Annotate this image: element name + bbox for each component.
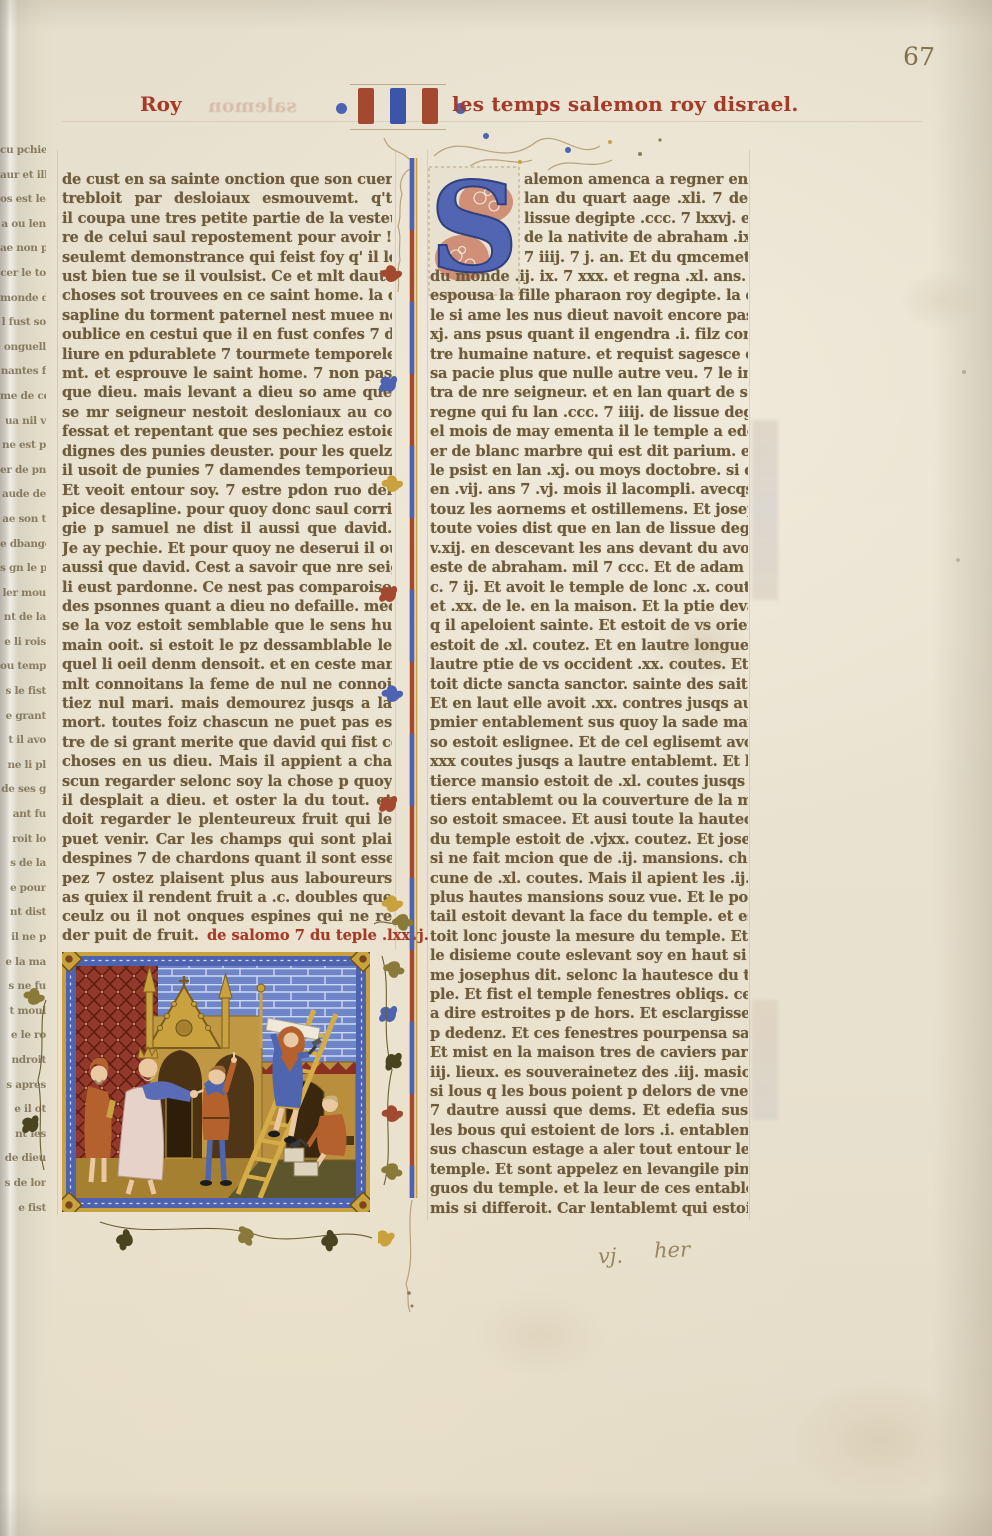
- numeral-bar: [422, 88, 438, 124]
- right-text-column: du monde .ij. ix. 7 xxx. et regna .xl. a…: [430, 267, 748, 1218]
- manuscript-text-line: me josephus dit. selonc la hautesce du t…: [430, 966, 748, 985]
- manuscript-text-line: 7 iiij. 7 j. an. Et du qmcemet: [524, 248, 748, 267]
- gutter-text-fragment: aude de: [0, 482, 46, 507]
- manuscript-text-line: tiez nul mari. mais demourez jusqs a la: [62, 694, 392, 713]
- manuscript-text-line: aussi que david. Cest a savoir que nre s…: [62, 558, 392, 577]
- rubric-chapter-title: les temps salemon roy disrael.: [452, 92, 799, 116]
- gutter-text-fragment: e la ma: [0, 950, 46, 975]
- manuscript-text-line: tre humaine nature. et requist sagesce e…: [430, 345, 748, 364]
- gutter-text-fragment: a ou len: [0, 212, 46, 237]
- manuscript-text-line: guos du temple. et la leur de ces entabl…: [430, 1179, 748, 1198]
- manuscript-text-line: Et veoit entour soy. 7 estre pdon ruo de…: [62, 481, 392, 500]
- manuscript-text-line: despines 7 de chardons quant il sont ess…: [62, 849, 392, 868]
- gutter-text-fragment: e le ro: [0, 1023, 46, 1048]
- manuscript-text-line: cune de .xl. coutes. Mais il apient les …: [430, 869, 748, 888]
- manuscript-text-line: Et en laut elle avoit .xx. contres jusqs…: [430, 694, 748, 713]
- gutter-text-fragment: ler mou: [0, 581, 46, 606]
- manuscript-text-line: 7 dautre aussi que dems. Et edefia sus: [430, 1101, 748, 1120]
- ruling-line-left: [57, 150, 58, 1215]
- manuscript-text-line: a dire estroites p de hors. Et esclargis…: [430, 1004, 748, 1023]
- penwork-dot: [336, 103, 347, 114]
- manuscript-text-line: xxx coutes jusqs a lautre entablemt. Et …: [430, 752, 748, 771]
- manuscript-text-line: si lous q les bous poient p delors de vn…: [430, 1082, 748, 1101]
- manuscript-text-line: les bous qui estoient de lors .i. entabl…: [430, 1121, 748, 1140]
- manuscript-text-line: de cust en sa sainte onction que son cue…: [62, 170, 392, 189]
- gutter-text-fragment: ne li pl: [0, 753, 46, 778]
- manuscript-text-line: as quiex il rendent fruit a .c. doubles …: [62, 888, 392, 907]
- manuscript-text-line: dignes des punies deuster. pour les quel…: [62, 442, 392, 461]
- miniature-solomon-temple: [62, 952, 370, 1212]
- manuscript-text-line: re de celui saul repostement pour avoir …: [62, 228, 392, 247]
- manuscript-text-line: regne qui fu lan .ccc. 7 iiij. de lissue…: [430, 403, 748, 422]
- manuscript-text-line: tierce mansio estoit de .xl. coutes jusq…: [430, 772, 748, 791]
- gutter-text-fragment: aur et ill: [0, 163, 46, 188]
- left-column-last-line: der puit de fruit. de salomo 7 du teple …: [62, 926, 406, 945]
- gutter-text-fragment: e grant: [0, 704, 46, 729]
- gutter-text-fragment: roit lo: [0, 827, 46, 852]
- manuscript-text-line: gie p samuel ne dist il aussi que david.: [62, 519, 392, 538]
- manuscript-text-line: scun regarder selonc soy la chose p quoy: [62, 772, 392, 791]
- manuscript-text-line: oublice en cestui que il en fust confes …: [62, 325, 392, 344]
- miniature-scene: [76, 966, 360, 1198]
- manuscript-text-line: du temple estoit de .vjxx. coutez. Et jo…: [430, 830, 748, 849]
- left-text-column: de cust en sa sainte onction que son cue…: [62, 170, 392, 927]
- manuscript-text-line: li eust pardonne. Ce nest pas comparoiso…: [62, 578, 392, 597]
- gutter-text-fragment: onguell: [0, 335, 46, 360]
- manuscript-text-line: pmier entablement sus quoy la sade may: [430, 713, 748, 732]
- ruling-line-right: [749, 150, 750, 1220]
- manuscript-text-line: choses en us dieu. Mais il appient a cha: [62, 752, 392, 771]
- manuscript-text-line: xj. ans psus quant il engendra .i. filz …: [430, 325, 748, 344]
- previous-folio-text-fragments: cu pchieaur et illos est le ga ou lenae …: [0, 138, 46, 1220]
- manuscript-text-line: sus chascun estage a aler tout entour le: [430, 1140, 748, 1159]
- gutter-text-fragment: s gn le p: [0, 556, 46, 581]
- manuscript-text-line: este de abraham. mil 7 ccc. Et de adam .…: [430, 558, 748, 577]
- gutter-text-fragment: nantes f: [0, 359, 46, 384]
- manuscript-text-line: doit regarder le plenteureux fruit qui l…: [62, 810, 392, 829]
- manuscript-text-line: mis si differoit. Car lentablemt qui est…: [430, 1199, 748, 1218]
- numeral-bar: [358, 88, 374, 124]
- manuscript-text-line: et .xx. de le. en la maison. Et la ptie …: [430, 597, 748, 616]
- manuscript-text-line: du monde .ij. ix. 7 xxx. et regna .xl. a…: [430, 267, 748, 286]
- manuscript-text-line: quel li oeil denm densoit. et en ceste m…: [62, 655, 392, 674]
- gutter-text-fragment: nt de la: [0, 605, 46, 630]
- manuscript-text-line: touz les aornems et ostillemens. Et jose…: [430, 500, 748, 519]
- manuscript-text-line: il desplait a dieu. et oster la du tout.…: [62, 791, 392, 810]
- manuscript-text-line: ceulz ou il not onques espines qui ne re: [62, 907, 392, 926]
- gutter-text-fragment: ae son t: [0, 507, 46, 532]
- gutter-text-fragment: ae non p: [0, 236, 46, 261]
- running-title-left: Roy: [140, 92, 182, 116]
- gutter-text-fragment: ne est p: [0, 433, 46, 458]
- manuscript-text-line: que dieu. mais levant a dieu so ame que: [62, 383, 392, 402]
- gutter-text-fragment: e li rois: [0, 630, 46, 655]
- gutter-text-fragment: t moul: [0, 999, 46, 1024]
- gutter-text-fragment: ua nil v: [0, 409, 46, 434]
- gutter-text-fragment: s de la: [0, 851, 46, 876]
- gutter-text-fragment: ant fu: [0, 802, 46, 827]
- manuscript-text-line: seulemt demonstrance qui feist foy q' il…: [62, 248, 392, 267]
- manuscript-text-line: si ne fait mcion que de .ij. mansions. c…: [430, 849, 748, 868]
- showthrough-marks: [752, 1000, 778, 1120]
- gutter-text-fragment: t il avo: [0, 728, 46, 753]
- manuscript-text-line: en .vij. ans 7 .vj. mois il lacompli. av…: [430, 480, 748, 499]
- parchment-stain: [470, 1290, 610, 1380]
- manuscript-text-line: trebloit par desloiaux esmouvemt. q't: [62, 189, 392, 208]
- manuscript-text-line: toit dicte sancta sanctor. sainte des sa…: [430, 675, 748, 694]
- manuscript-text-line: mt. et esprouve le saint home. 7 non pas: [62, 364, 392, 383]
- manuscript-text-line: liure en pdurablete 7 tourmete temporele: [62, 345, 392, 364]
- manuscript-text-line: estoit de .xl. coutez. Et en lautre long…: [430, 636, 748, 655]
- gutter-text-fragment: e il ot: [0, 1097, 46, 1122]
- manuscript-text-line: so estoit eslignee. Et de cel eglisemt a…: [430, 733, 748, 752]
- folio-number: 67: [903, 41, 936, 71]
- manuscript-text-line: temple. Et sont appelez en levangile pin: [430, 1160, 748, 1179]
- manuscript-text-line: el mois de may ementa il le temple a ede…: [430, 422, 748, 441]
- gutter-text-fragment: nt les: [0, 1122, 46, 1147]
- numeral-bar: [390, 88, 406, 124]
- manuscript-text-line: il coupa une tres petite partie de la ve…: [62, 209, 392, 228]
- manuscript-text-line: pez 7 ostez plaisent plus aus laboureurs: [62, 869, 392, 888]
- gutter-text-fragment: l fust so: [0, 310, 46, 335]
- right-column-beside-initial: alemon amenca a regner enlan du quart aa…: [524, 170, 748, 267]
- manuscript-text-line: tiers entablemt ou la couverture de la m…: [430, 791, 748, 810]
- gutter-text-fragment: s le fist: [0, 679, 46, 704]
- parchment-stain: [790, 1380, 970, 1500]
- manuscript-text-line: Et mist en la maison tres de caviers par: [430, 1043, 748, 1062]
- book-gutter: cu pchieaur et illos est le ga ou lenae …: [0, 0, 58, 1536]
- manuscript-text-line: mort. toutes foiz chascun ne puet pas es: [62, 713, 392, 732]
- gutter-text-fragment: me de ce: [0, 384, 46, 409]
- manuscript-text-line: de la nativite de abraham .ix.: [524, 228, 748, 247]
- showthrough-text: salemon: [208, 95, 297, 117]
- catchword: her: [654, 1237, 691, 1262]
- gutter-text-fragment: nt dist: [0, 900, 46, 925]
- gutter-text-fragment: il ne p: [0, 925, 46, 950]
- manuscript-text-line: lan du quart aage .xli. 7 de: [524, 189, 748, 208]
- manuscript-text-line: le si ame les nus dieut navoit encore pa…: [430, 306, 748, 325]
- gutter-text-fragment: e dbange: [0, 532, 46, 557]
- manuscript-text-line: il usoit de punies 7 damendes temporieur…: [62, 461, 392, 480]
- parchment-stain: [900, 270, 980, 330]
- manuscript-text-line: p dedenz. Et ces fenestres pourpensa sal…: [430, 1024, 748, 1043]
- manuscript-text-line: v.xij. en descevant les ans devant du av…: [430, 539, 748, 558]
- ivy-leaves: [378, 263, 405, 1247]
- manuscript-text-line: main ooit. si estoit le pz dessamblable …: [62, 636, 392, 655]
- manuscript-text-line: sapline du torment paternel nest muee ne: [62, 306, 392, 325]
- manuscript-text-line: sa pacie plus que nulle autre veu. 7 le …: [430, 364, 748, 383]
- manuscript-text-line: er de blanc marbre qui est dit parium. e…: [430, 442, 748, 461]
- manuscript-text-line: iij. lieux. es souverainetez des .iij. m…: [430, 1063, 748, 1082]
- quire-signature: vj.: [598, 1244, 624, 1269]
- gutter-text-fragment: os est le g: [0, 187, 46, 212]
- manuscript-text-line: der puit de fruit.: [62, 926, 199, 945]
- gutter-text-fragment: s ne fu: [0, 974, 46, 999]
- showthrough-marks: [752, 420, 778, 600]
- manuscript-text-line: mlt connoitans la feme de nul ne connoi: [62, 675, 392, 694]
- gutter-text-fragment: monde d: [0, 286, 46, 311]
- manuscript-text-line: c. 7 ij. Et avoit le temple de lonc .x. …: [430, 578, 748, 597]
- manuscript-text-line: lautre ptie de vs occident .xx. coutes. …: [430, 655, 748, 674]
- gutter-text-fragment: cer le to: [0, 261, 46, 286]
- chapter-numeral-text: III: [350, 85, 351, 86]
- manuscript-text-line: pice desapline. pour quoy donc saul corr…: [62, 500, 392, 519]
- gutter-text-fragment: s de lor: [0, 1171, 46, 1196]
- gutter-text-fragment: er de pn: [0, 458, 46, 483]
- manuscript-page: cu pchieaur et illos est le ga ou lenae …: [0, 0, 992, 1536]
- manuscript-text-line: des psonnes quant a dieu no defaille. me…: [62, 597, 392, 616]
- manuscript-text-line: se la voz estoit semblable que le sens h…: [62, 616, 392, 635]
- manuscript-text-line: tre de si grant merite que david qui fis…: [62, 733, 392, 752]
- gutter-text-fragment: ndroit: [0, 1048, 46, 1073]
- gutter-text-fragment: de dieu: [0, 1146, 46, 1171]
- manuscript-text-line: so estoit smacee. Et ausi toute la haute…: [430, 810, 748, 829]
- gutter-text-fragment: de ses g: [0, 777, 46, 802]
- manuscript-text-line: se mr seigneur nestoit desloniaux au co: [62, 403, 392, 422]
- manuscript-text-line: plus hautes mansions souz vue. Et le por: [430, 888, 748, 907]
- manuscript-text-line: ust bien tue se il voulsist. Ce et mlt d…: [62, 267, 392, 286]
- manuscript-text-line: toute voies dist que en lan de lissue de…: [430, 519, 748, 538]
- gutter-text-fragment: e pour: [0, 876, 46, 901]
- manuscript-text-line: choses sot trouvees en ce saint home. la…: [62, 286, 392, 305]
- gutter-text-fragment: cu pchie: [0, 138, 46, 163]
- manuscript-text-line: le disieme coute eslevant soy en haut si…: [430, 946, 748, 965]
- gutter-text-fragment: s apres: [0, 1073, 46, 1098]
- manuscript-text-line: toit lonc jouste la mesure du temple. Et: [430, 927, 748, 946]
- manuscript-text-line: tail estoit devant la face du temple. et…: [430, 907, 748, 926]
- manuscript-text-line: ple. Et fist el temple fenestres obliqs.…: [430, 985, 748, 1004]
- manuscript-text-line: fessat et repentant que ses pechiez esto…: [62, 422, 392, 441]
- manuscript-text-line: espousa la fille pharaon roy degipte. la…: [430, 286, 748, 305]
- gutter-text-fragment: ou temp: [0, 654, 46, 679]
- manuscript-text-line: tra de nre seigneur. et en lan quart de …: [430, 383, 748, 402]
- bar-border-ivy: [378, 128, 430, 1318]
- manuscript-text-line: q il apeloient sainte. Et estoit de vs o…: [430, 616, 748, 635]
- manuscript-text-line: Je ay pechie. Et pour quoy ne deserui il…: [62, 539, 392, 558]
- manuscript-text-line: puet venir. Car les champs qui sont plai: [62, 830, 392, 849]
- manuscript-text-line: alemon amenca a regner en: [524, 170, 748, 189]
- gutter-text-fragment: e fist: [0, 1196, 46, 1221]
- manuscript-text-line: le psist en lan .xj. ou moys doctobre. s…: [430, 461, 748, 480]
- manuscript-text-line: lissue degipte .ccc. 7 lxxvj. et: [524, 209, 748, 228]
